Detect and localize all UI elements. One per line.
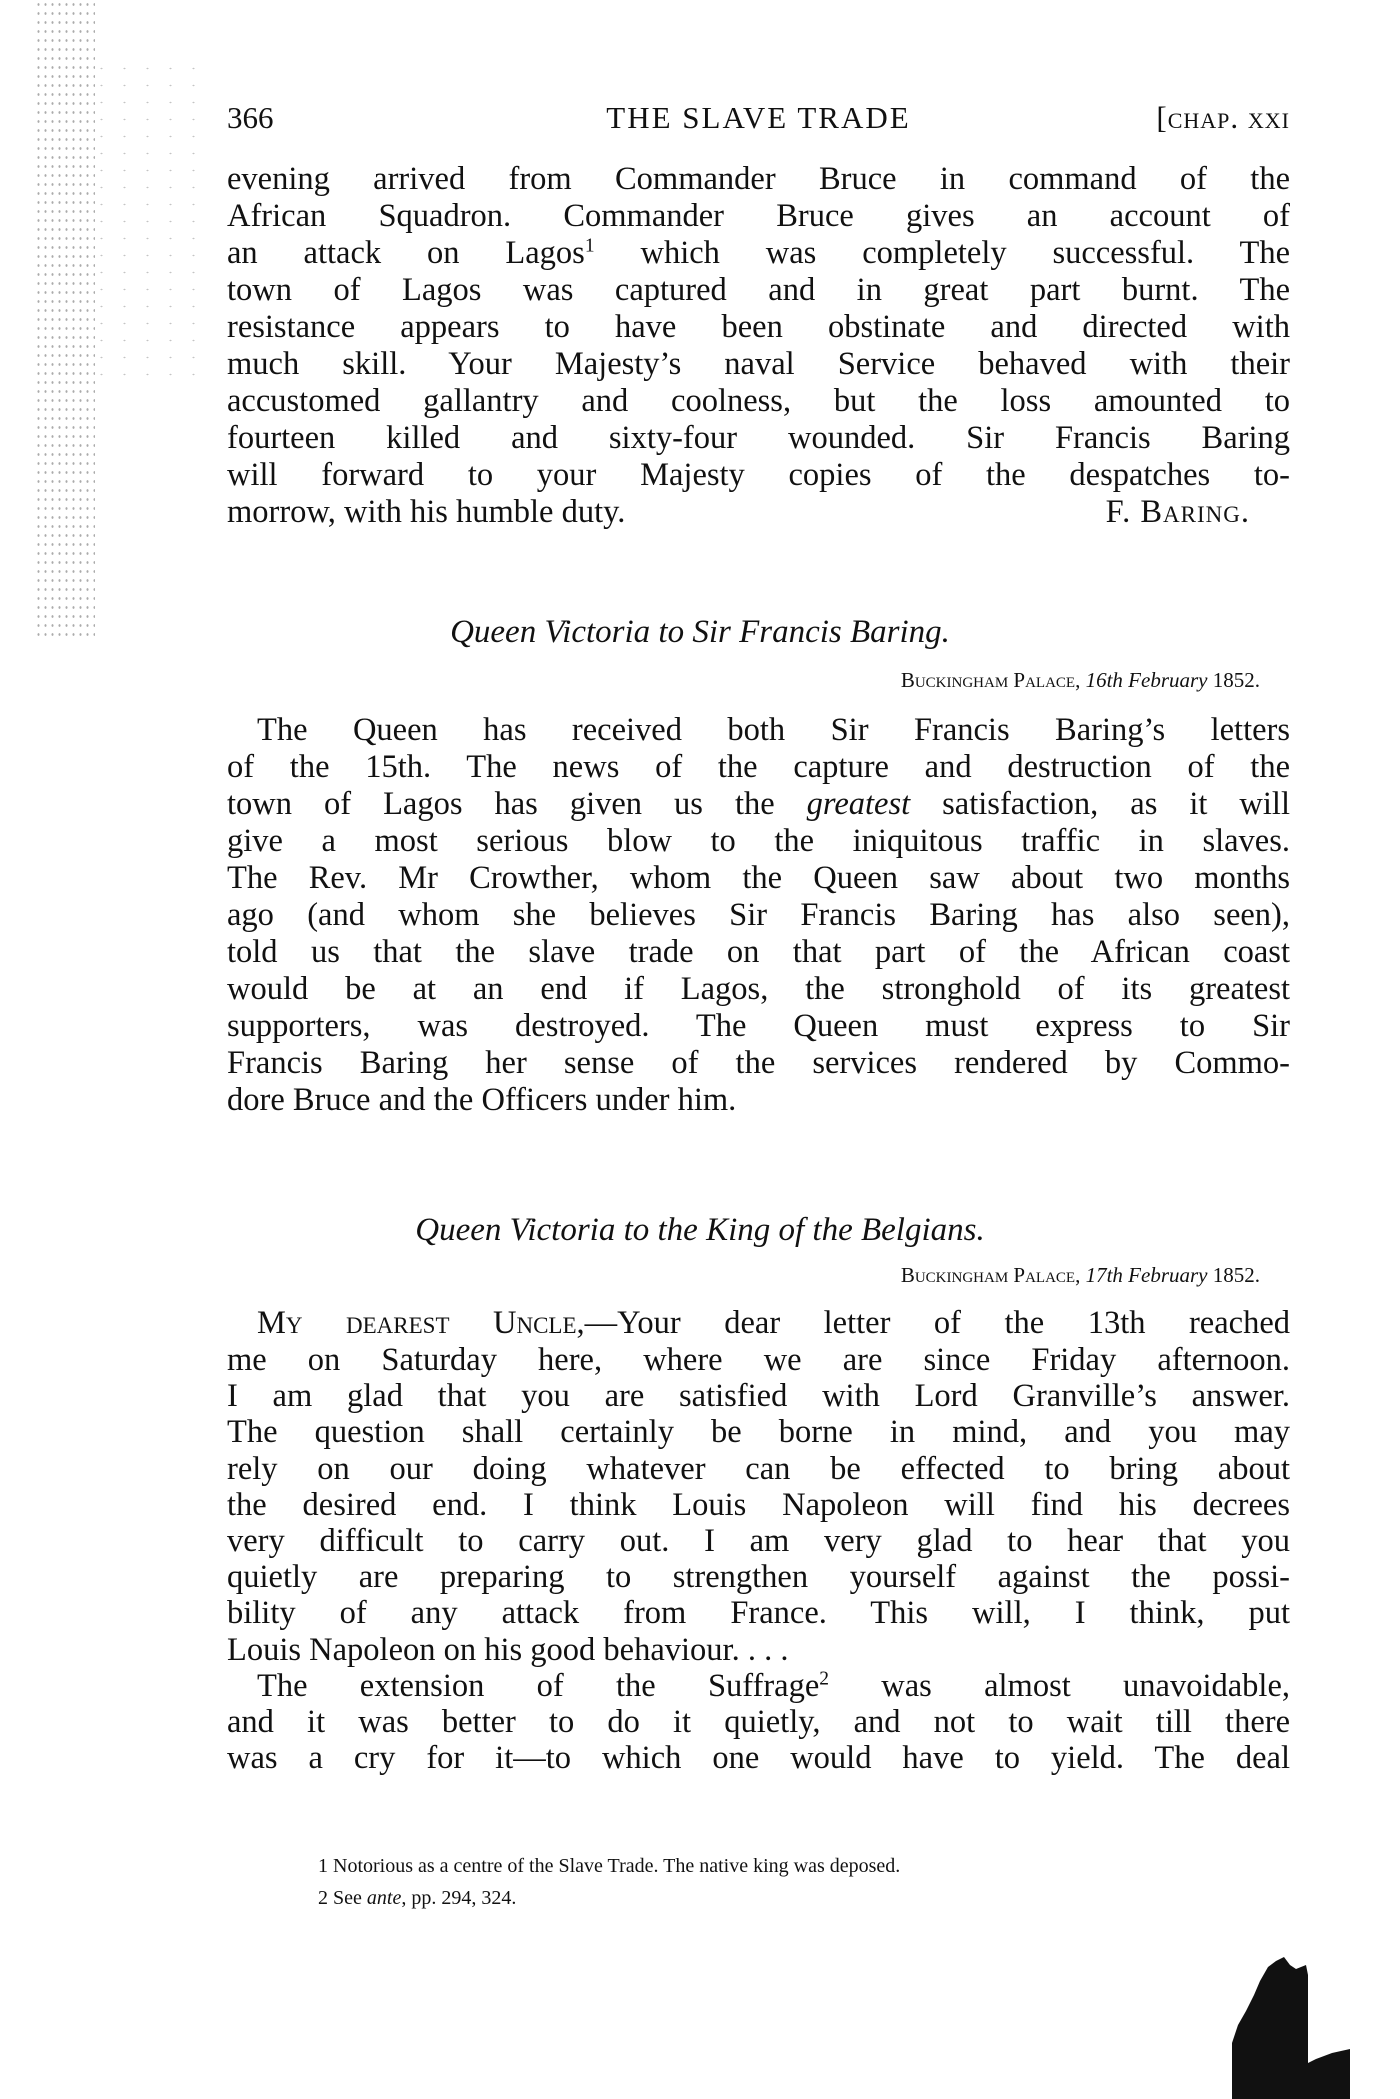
text-line: was a cry for it—to which one would have… xyxy=(227,1740,1290,1776)
letter-heading: Queen Victoria to Sir Francis Baring. xyxy=(0,612,1400,652)
text-line: African Squadron. Commander Bruce gives … xyxy=(227,198,1290,235)
footnote-ref-2[interactable]: 2 xyxy=(819,1668,829,1689)
text-line: the desired end. I think Louis Napoleon … xyxy=(227,1487,1290,1523)
text-line: morrow, with his humble duty.F. Baring. xyxy=(227,494,1290,531)
text-line: rely on our doing whatever can be effect… xyxy=(227,1451,1290,1487)
text-span: morrow, with his humble duty. xyxy=(227,494,625,530)
text-span: The extension of the Suffrage xyxy=(257,1668,819,1704)
dateline-day: 16th xyxy=(1086,668,1123,692)
text-line: fourteen killed and sixty-four wounded. … xyxy=(227,420,1290,457)
footnotes: 1 Notorious as a centre of the Slave Tra… xyxy=(318,1850,1218,1914)
chapter-label: [chap. xxi xyxy=(1156,100,1290,136)
text-line: much skill. Your Majesty’s naval Service… xyxy=(227,346,1290,383)
text-span: which was completely successful. The xyxy=(595,235,1290,271)
running-title: THE SLAVE TRADE xyxy=(227,100,1290,136)
footnote-mark: 2 xyxy=(318,1887,328,1909)
text-line: The extension of the Suffrage2 was almos… xyxy=(227,1668,1290,1704)
text-line: bility of any attack from France. This w… xyxy=(227,1595,1290,1631)
text-line: will forward to your Majesty copies of t… xyxy=(227,457,1290,494)
text-line: ago (and whom she believes Sir Francis B… xyxy=(227,897,1290,934)
text-line: supporters, was destroyed. The Queen mus… xyxy=(227,1008,1290,1045)
text-line: me on Saturday here, where we are since … xyxy=(227,1342,1290,1378)
text-span: town of Lagos has given us the xyxy=(227,786,807,822)
footnote-italic: ante xyxy=(367,1887,401,1909)
footnote-1: 1 Notorious as a centre of the Slave Tra… xyxy=(318,1850,1218,1882)
scan-edge-speckle xyxy=(35,0,95,640)
text-line: Louis Napoleon on his good behaviour. . … xyxy=(227,1632,1290,1668)
letter-body: My dearest Uncle,—Your dear letter of th… xyxy=(227,1305,1290,1776)
dateline-place: Buckingham Palace, xyxy=(901,1263,1081,1287)
dateline-day: 17th xyxy=(1086,1263,1123,1287)
text-span: satisfaction, as it will xyxy=(910,786,1290,822)
footnote-text: Notorious as a centre of the Slave Trade… xyxy=(328,1855,900,1877)
footnote-ref-1[interactable]: 1 xyxy=(585,235,595,256)
footnote-2: 2 See ante, pp. 294, 324. xyxy=(318,1882,1218,1914)
footnote-mark: 1 xyxy=(318,1855,328,1877)
emphasis: greatest xyxy=(807,786,911,822)
text-line: The Rev. Mr Crowther, whom the Queen saw… xyxy=(227,860,1290,897)
text-span: an attack on Lagos xyxy=(227,235,585,271)
dateline-month: February xyxy=(1128,1263,1207,1287)
text-line: give a most serious blow to the iniquito… xyxy=(227,823,1290,860)
running-head: 366 THE SLAVE TRADE [chap. xxi xyxy=(227,100,1290,136)
text-line: Francis Baring her sense of the services… xyxy=(227,1045,1290,1082)
text-line: would be at an end if Lagos, the strongh… xyxy=(227,971,1290,1008)
text-span: was almost unavoidable, xyxy=(829,1668,1290,1704)
dateline: Buckingham Palace, 16th February 1852. xyxy=(901,666,1260,694)
text-line: and it was better to do it quietly, and … xyxy=(227,1704,1290,1740)
letter-body: The Queen has received both Sir Francis … xyxy=(227,712,1290,1119)
text-line: told us that the slave trade on that par… xyxy=(227,934,1290,971)
text-line: The Queen has received both Sir Francis … xyxy=(227,712,1290,749)
text-line: dore Bruce and the Officers under him. xyxy=(227,1082,1290,1119)
text-line: an attack on Lagos1 which was completely… xyxy=(227,235,1290,272)
text-line: I am glad that you are satisfied with Lo… xyxy=(227,1378,1290,1414)
dateline-year: 1852. xyxy=(1213,668,1260,692)
dateline-month: February xyxy=(1128,668,1207,692)
dateline: Buckingham Palace, 17th February 1852. xyxy=(901,1261,1260,1289)
text-line: evening arrived from Commander Bruce in … xyxy=(227,161,1290,198)
scan-noise xyxy=(90,60,210,390)
text-line: quietly are preparing to strengthen your… xyxy=(227,1559,1290,1595)
text-line: My dearest Uncle,—Your dear letter of th… xyxy=(227,1305,1290,1342)
scan-thumb-artifact-icon xyxy=(1232,1955,1350,2099)
text-line: town of Lagos was captured and in great … xyxy=(227,272,1290,309)
salutation: My dearest Uncle, xyxy=(257,1305,585,1341)
text-line: resistance appears to have been obstinat… xyxy=(227,309,1290,346)
footnote-text: See xyxy=(328,1887,367,1909)
text-span: —Your dear letter of the 13th reached xyxy=(585,1305,1290,1341)
footnote-text: , pp. 294, 324. xyxy=(401,1887,516,1909)
text-line: accustomed gallantry and coolness, but t… xyxy=(227,383,1290,420)
letter-heading: Queen Victoria to the King of the Belgia… xyxy=(0,1210,1400,1250)
text-line: very difficult to carry out. I am very g… xyxy=(227,1523,1290,1559)
text-line: The question shall certainly be borne in… xyxy=(227,1414,1290,1450)
dateline-place: Buckingham Palace, xyxy=(901,668,1081,692)
dateline-year: 1852. xyxy=(1213,1263,1260,1287)
signature: F. Baring. xyxy=(1106,494,1250,531)
text-line: of the 15th. The news of the capture and… xyxy=(227,749,1290,786)
text-line: town of Lagos has given us the greatest … xyxy=(227,786,1290,823)
letter-continuation: evening arrived from Commander Bruce in … xyxy=(227,161,1290,531)
book-page: 366 THE SLAVE TRADE [chap. xxi evening a… xyxy=(0,0,1400,2099)
